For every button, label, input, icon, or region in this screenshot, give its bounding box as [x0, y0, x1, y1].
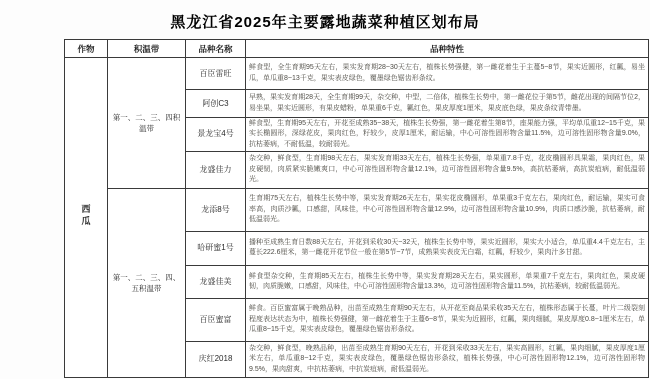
variety-traits: 鲜食型，生育期95天左右，开花至成熟35~38天，植株生长势强，第一雌花着生第8…: [246, 118, 649, 152]
variety-name: 百臣雷旺: [186, 58, 246, 90]
variety-traits: 鲜食型，全生育期95天左右，果实发育期28~30天左右，植株长势强健，第一雌花着…: [246, 58, 649, 90]
variety-traits: 鲜食型杂交种，生育期85天左右，植株生长势中等，果实发育期28天左右，果实圆形，…: [246, 265, 649, 298]
header-variety: 品种名称: [186, 40, 246, 58]
variety-traits: 杂交种，鲜食型，晚熟品种，出苗至成熟生育期90天左右，开花到采收33天左右，果实…: [246, 341, 649, 377]
variety-name: 哈研蜜1号: [186, 231, 246, 265]
page-title: 黑龙江省2025年主要露地蔬菜种植区划布局: [0, 11, 650, 32]
variety-name: 阿创C3: [186, 90, 246, 118]
variety-name: 百臣蜜富: [186, 298, 246, 341]
crop-cell: 西瓜: [65, 58, 108, 378]
variety-name: 龙盛佳美: [186, 265, 246, 298]
zone-cell-1: 第一、二、三、四积温带: [108, 58, 186, 189]
variety-traits: 生育期75天左右，植株生长势中等，果实发育期26天左右，果实花皮椭圆形，单果重3…: [246, 188, 649, 231]
header-crop: 作物: [65, 40, 108, 58]
variety-name: 龙添8号: [186, 188, 246, 231]
variety-traits: 鲜食。百臣蜜富属于晚熟品种，出苗至成熟生育期90天左右，从开花至商品果采收35天…: [246, 298, 649, 341]
zone-cell-2: 第一、二、三、四、五积温带: [108, 188, 186, 377]
header-traits: 品种特性: [246, 40, 649, 58]
crop-label: 西瓜: [80, 204, 93, 228]
variety-traits: 杂交种，鲜食型，生育期98天左右，果实发育期33天左右，植株生长势强，单果重7.…: [246, 151, 649, 188]
variety-name: 庆红2018: [186, 341, 246, 377]
variety-traits: 播种至成熟生育日数88天左右，开花到采收30天~32天，植株生长势中等，果实近圆…: [246, 231, 649, 265]
variety-name: 景龙宝4号: [186, 118, 246, 152]
header-zone: 积温带: [108, 40, 186, 58]
document-page: { "page": { "title": "黑龙江省2025年主要露地蔬菜种植区…: [0, 0, 650, 379]
variety-table: 作物 积温带 品种名称 品种特性 西瓜 第一、二、三、四积温带 百臣雷旺 鲜食型…: [64, 39, 649, 378]
variety-name: 龙盛佳力: [186, 151, 246, 188]
variety-traits: 早熟，果实发育期28天，全生育期99天，杂交种，中型，二倍体，植株生长势中，第一…: [246, 90, 649, 118]
